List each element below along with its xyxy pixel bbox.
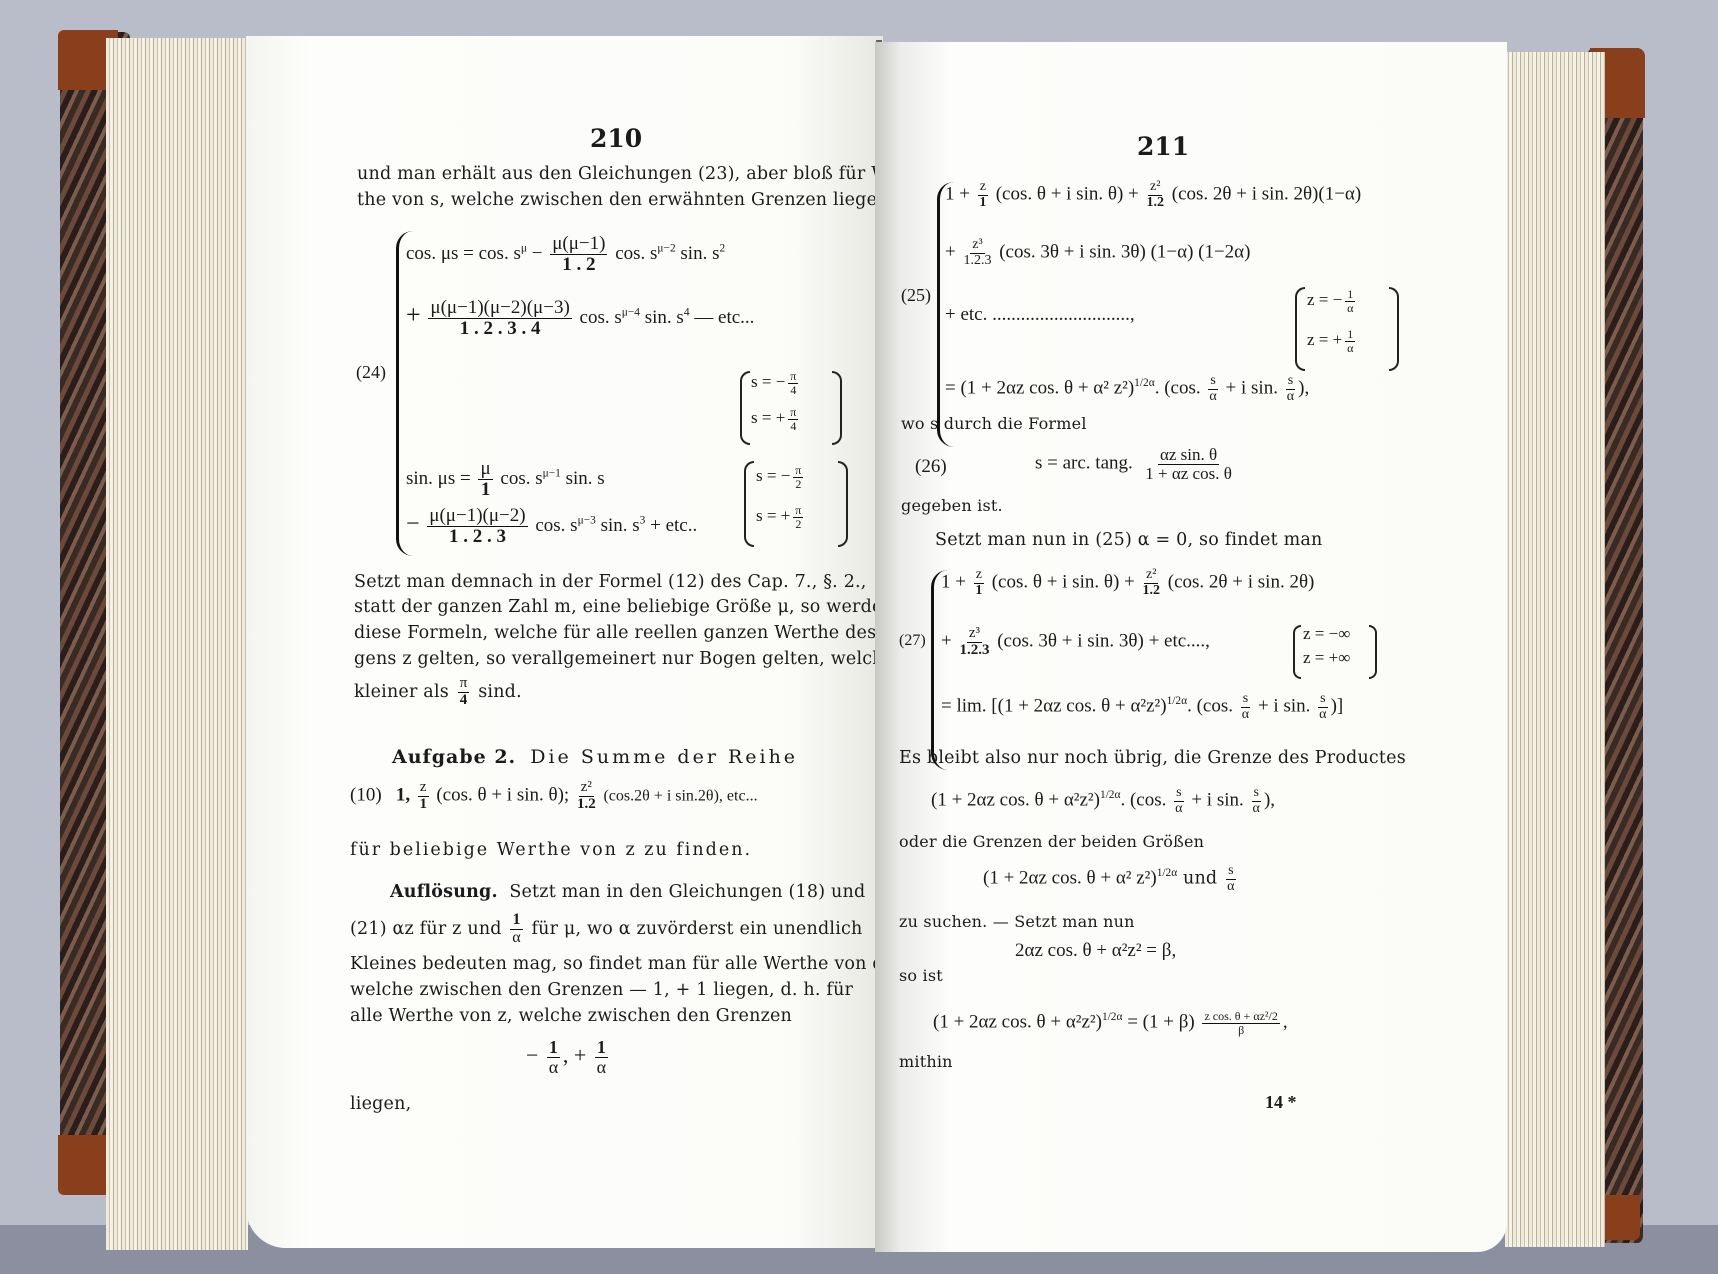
text-line: Setzt man nun in (25) α = 0, so findet m… (935, 530, 1323, 550)
equation-26: (26) (915, 456, 947, 478)
text-line: so ist (899, 966, 943, 985)
section-heading: Aufgabe 2. Die Summe der Reihe (392, 746, 798, 768)
bounds-brace (838, 461, 848, 547)
equation-line: s = arc. tang. αz sin. θ1 + αz cos. θ (1035, 446, 1235, 483)
equation-number: (25) (901, 285, 931, 306)
text-line: statt der ganzen Zahl m, eine beliebige … (354, 597, 894, 617)
equation-line: = (1 + 2αz cos. θ + α² z²)1/2α. (cos. sα… (945, 374, 1309, 404)
page-211: 211 (25) 1 + z1 (cos. θ + i sin. θ) + z²… (875, 42, 1507, 1252)
bound: z = +∞ (1303, 648, 1350, 668)
bounds-brace (744, 461, 754, 547)
text-line: Es bleibt also nur noch übrig, die Grenz… (899, 748, 1406, 768)
page-number: 210 (590, 124, 642, 153)
text-line: für beliebige Werthe von z zu finden. (350, 840, 752, 860)
bound: s = +π2 (756, 504, 806, 530)
product-formula: (1 + 2αz cos. θ + α²z²)1/2α. (cos. sα + … (931, 786, 1275, 816)
bounds-brace (740, 371, 750, 445)
equation-brace (931, 570, 948, 770)
formula: 2αz cos. θ + α²z² = β, (1015, 940, 1176, 962)
text-line: diese Formeln, welche für alle reellen g… (354, 623, 912, 643)
bound: z = −∞ (1303, 624, 1350, 644)
bounds-brace (1389, 287, 1399, 371)
text-line: kleiner als π4 sind. (354, 676, 522, 709)
equation-line: cos. μs = cos. sμ − μ(μ−1)1 . 2 cos. sμ−… (406, 234, 725, 275)
page-edges-right (1505, 52, 1605, 1247)
equation-number: (27) (899, 632, 926, 650)
page-number: 211 (1137, 132, 1189, 161)
text-line: the von s, welche zwischen den erwähnten… (357, 190, 894, 210)
equation-line: sin. μs = μ1 cos. sμ−1 sin. s (406, 459, 605, 500)
text-line: gegeben ist. (901, 496, 1003, 515)
bounds-brace (1293, 625, 1301, 679)
text-line: liegen, (350, 1094, 411, 1114)
text-line: Kleines bedeuten mag, so findet man für … (350, 954, 900, 974)
text-line: gens z gelten, so verallgemeinert nur Bo… (354, 649, 894, 669)
text-line: wo s durch die Formel (901, 414, 1087, 433)
equation-line: 1 + z1 (cos. θ + i sin. θ) + z²1.2 (cos.… (945, 180, 1361, 210)
text-line: (21) αz für z und 1α für μ, wo α zuvörde… (350, 912, 862, 947)
equation-line: + z³1.2.3 (cos. 3θ + i sin. 3θ) + etc...… (941, 626, 1210, 659)
equation-line: + μ(μ−1)(μ−2)(μ−3)1 . 2 . 3 . 4 cos. sμ−… (406, 298, 754, 339)
bound: s = −π2 (756, 464, 806, 490)
formula: (1 + 2αz cos. θ + α²z²)1/2α = (1 + β) z … (933, 1010, 1288, 1036)
text-line: welche zwischen den Grenzen — 1, + 1 lie… (350, 980, 853, 1000)
formula: (1 + 2αz cos. θ + α² z²)1/2α und sα (983, 864, 1239, 894)
bound: s = −π4 (751, 370, 801, 396)
bound: z = +1α (1307, 328, 1358, 354)
bounds-formula: − 1α, + 1α (526, 1038, 611, 1077)
bound: z = −1α (1307, 288, 1358, 314)
text-line: zu suchen. — Setzt man nun (899, 912, 1135, 931)
text-line: mithin (899, 1052, 953, 1071)
equation-line: + z³1.2.3 (cos. 3θ + i sin. 3θ) (1−α) (1… (945, 238, 1250, 268)
bound: s = +π4 (751, 406, 801, 432)
page-edges-left (106, 38, 248, 1250)
bounds-brace (1295, 287, 1305, 371)
text-line: alle Werthe von z, welche zwischen den G… (350, 1006, 792, 1026)
text-line: Setzt man demnach in der Formel (12) des… (354, 572, 867, 592)
text-line: oder die Grenzen der beiden Größen (899, 832, 1204, 851)
equation-line: = lim. [(1 + 2αz cos. θ + α²z²)1/2α. (co… (941, 692, 1343, 722)
series-formula: (10) 1, z1 (cos. θ + i sin. θ); z²1.2 (c… (350, 780, 758, 813)
bounds-brace (1369, 625, 1377, 679)
signature-mark: 14 * (1265, 1092, 1297, 1113)
equation-line: 1 + z1 (cos. θ + i sin. θ) + z²1.2 (cos.… (941, 568, 1314, 598)
equation-line: + etc. ............................., (945, 304, 1135, 326)
equation-number: (24) (356, 362, 386, 383)
page-210: 210 und man erhält aus den Gleichungen (… (246, 36, 883, 1248)
text-line: Auflösung. Setzt man in den Gleichungen … (390, 882, 865, 902)
text-line: und man erhält aus den Gleichungen (23),… (357, 164, 913, 184)
bounds-brace (832, 371, 842, 445)
equation-line: − μ(μ−1)(μ−2)1 . 2 . 3 cos. sμ−3 sin. s3… (406, 506, 697, 547)
